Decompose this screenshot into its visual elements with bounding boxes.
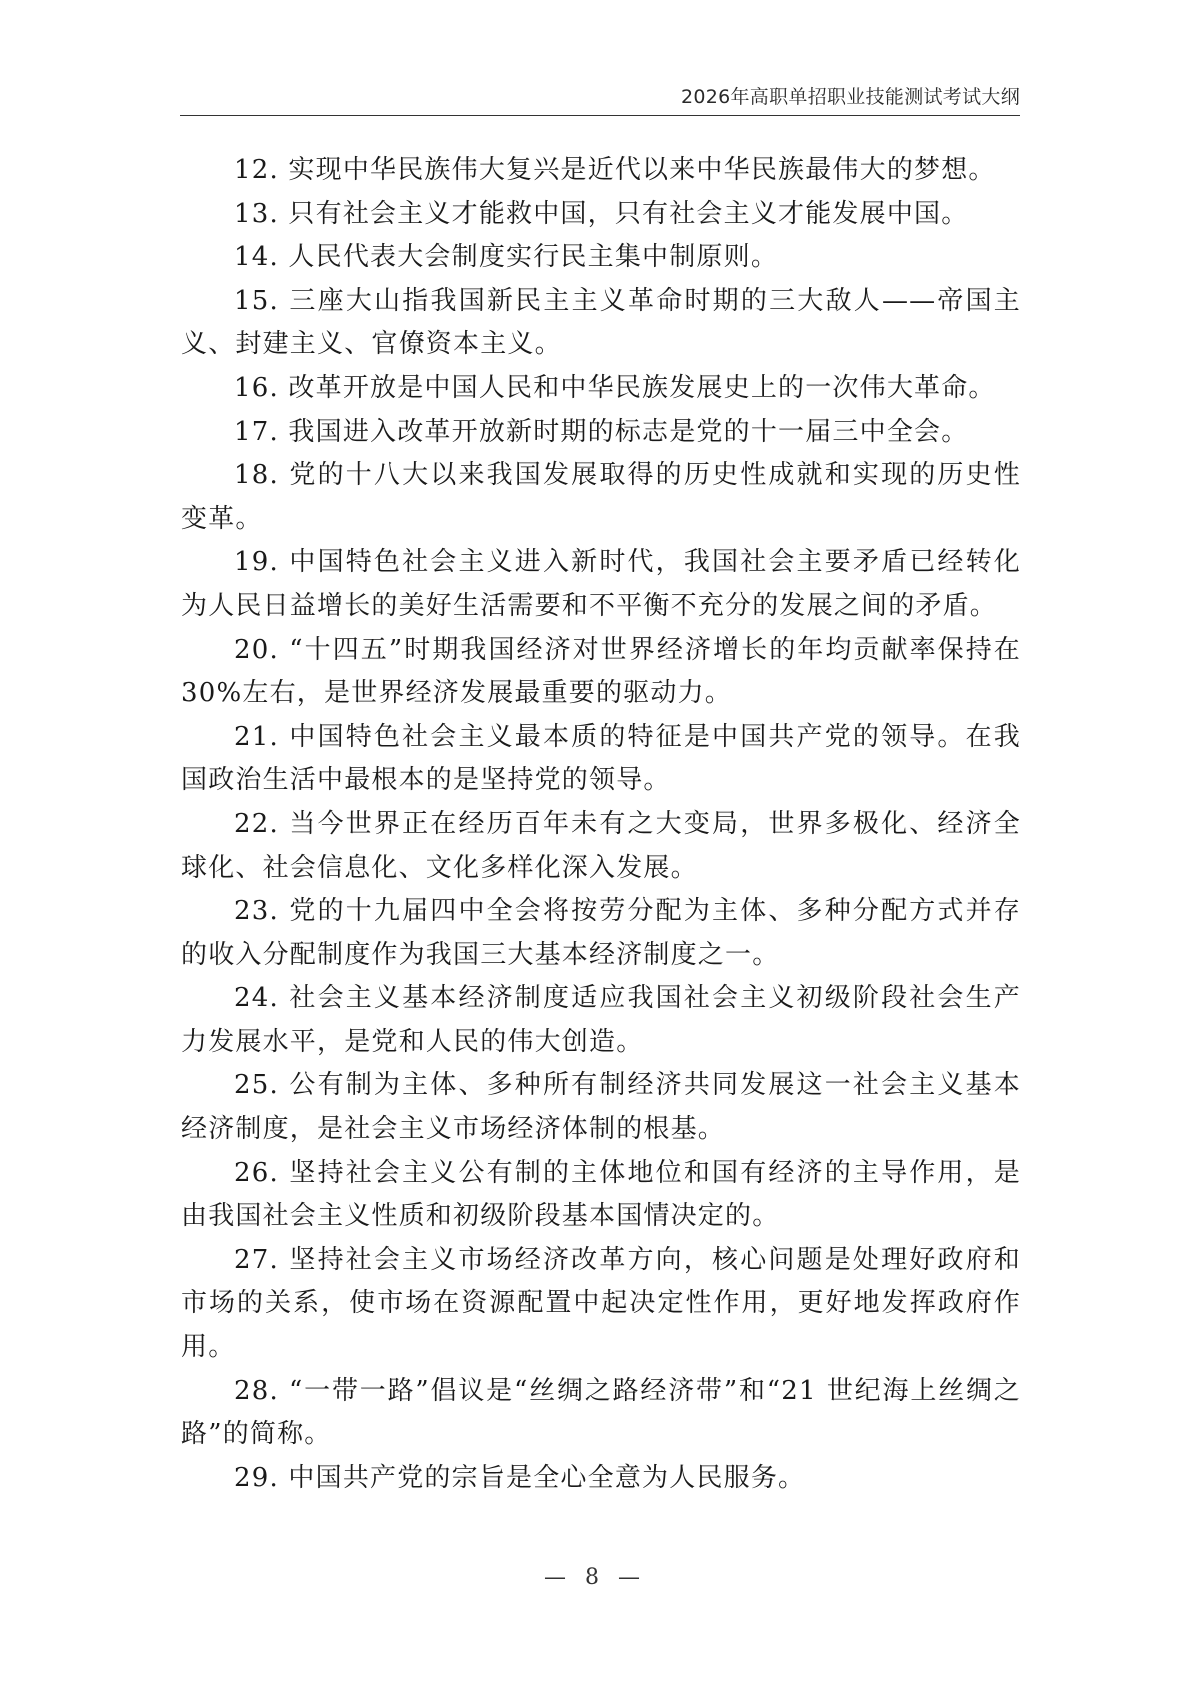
running-header: 2026年高职单招职业技能测试考试大纲	[180, 84, 1020, 116]
list-item-22: 22. 当今世界正在经历百年未有之大变局，世界多极化、经济全球化、社会信息化、文…	[181, 803, 1021, 890]
numbered-list: 12. 实现中华民族伟大复兴是近代以来中华民族最伟大的梦想。 13. 只有社会主…	[181, 149, 1021, 1500]
list-item-25: 25. 公有制为主体、多种所有制经济共同发展这一社会主义基本经济制度，是社会主义…	[181, 1064, 1021, 1151]
list-item-12: 12. 实现中华民族伟大复兴是近代以来中华民族最伟大的梦想。	[181, 149, 1021, 193]
list-item-14: 14. 人民代表大会制度实行民主集中制原则。	[181, 236, 1021, 280]
list-item-20: 20. “十四五”时期我国经济对世界经济增长的年均贡献率保持在 30%左右，是世…	[181, 629, 1021, 716]
document-page: 2026年高职单招职业技能测试考试大纲 12. 实现中华民族伟大复兴是近代以来中…	[0, 0, 1190, 1684]
list-item-26: 26. 坚持社会主义公有制的主体地位和国有经济的主导作用，是由我国社会主义性质和…	[181, 1152, 1021, 1239]
list-item-19: 19. 中国特色社会主义进入新时代，我国社会主要矛盾已经转化为人民日益增长的美好…	[181, 541, 1021, 628]
list-item-21: 21. 中国特色社会主义最本质的特征是中国共产党的领导。在我国政治生活中最根本的…	[181, 716, 1021, 803]
list-item-29: 29. 中国共产党的宗旨是全心全意为人民服务。	[181, 1457, 1021, 1501]
list-item-15: 15. 三座大山指我国新民主主义革命时期的三大敌人——帝国主义、封建主义、官僚资…	[181, 280, 1021, 367]
list-item-18: 18. 党的十八大以来我国发展取得的历史性成就和实现的历史性变革。	[181, 454, 1021, 541]
list-item-23: 23. 党的十九届四中全会将按劳分配为主体、多种分配方式并存的收入分配制度作为我…	[181, 890, 1021, 977]
list-item-13: 13. 只有社会主义才能救中国，只有社会主义才能发展中国。	[181, 193, 1021, 237]
list-item-17: 17. 我国进入改革开放新时期的标志是党的十一届三中全会。	[181, 411, 1021, 455]
list-item-16: 16. 改革开放是中国人民和中华民族发展史上的一次伟大革命。	[181, 367, 1021, 411]
page-number: — 8 —	[0, 1564, 1190, 1592]
list-item-27: 27. 坚持社会主义市场经济改革方向，核心问题是处理好政府和市场的关系，使市场在…	[181, 1239, 1021, 1370]
list-item-28: 28. “一带一路”倡议是“丝绸之路经济带”和“21 世纪海上丝绸之路”的简称。	[181, 1370, 1021, 1457]
list-item-24: 24. 社会主义基本经济制度适应我国社会主义初级阶段社会生产力发展水平，是党和人…	[181, 977, 1021, 1064]
header-title: 2026年高职单招职业技能测试考试大纲	[681, 86, 1020, 108]
